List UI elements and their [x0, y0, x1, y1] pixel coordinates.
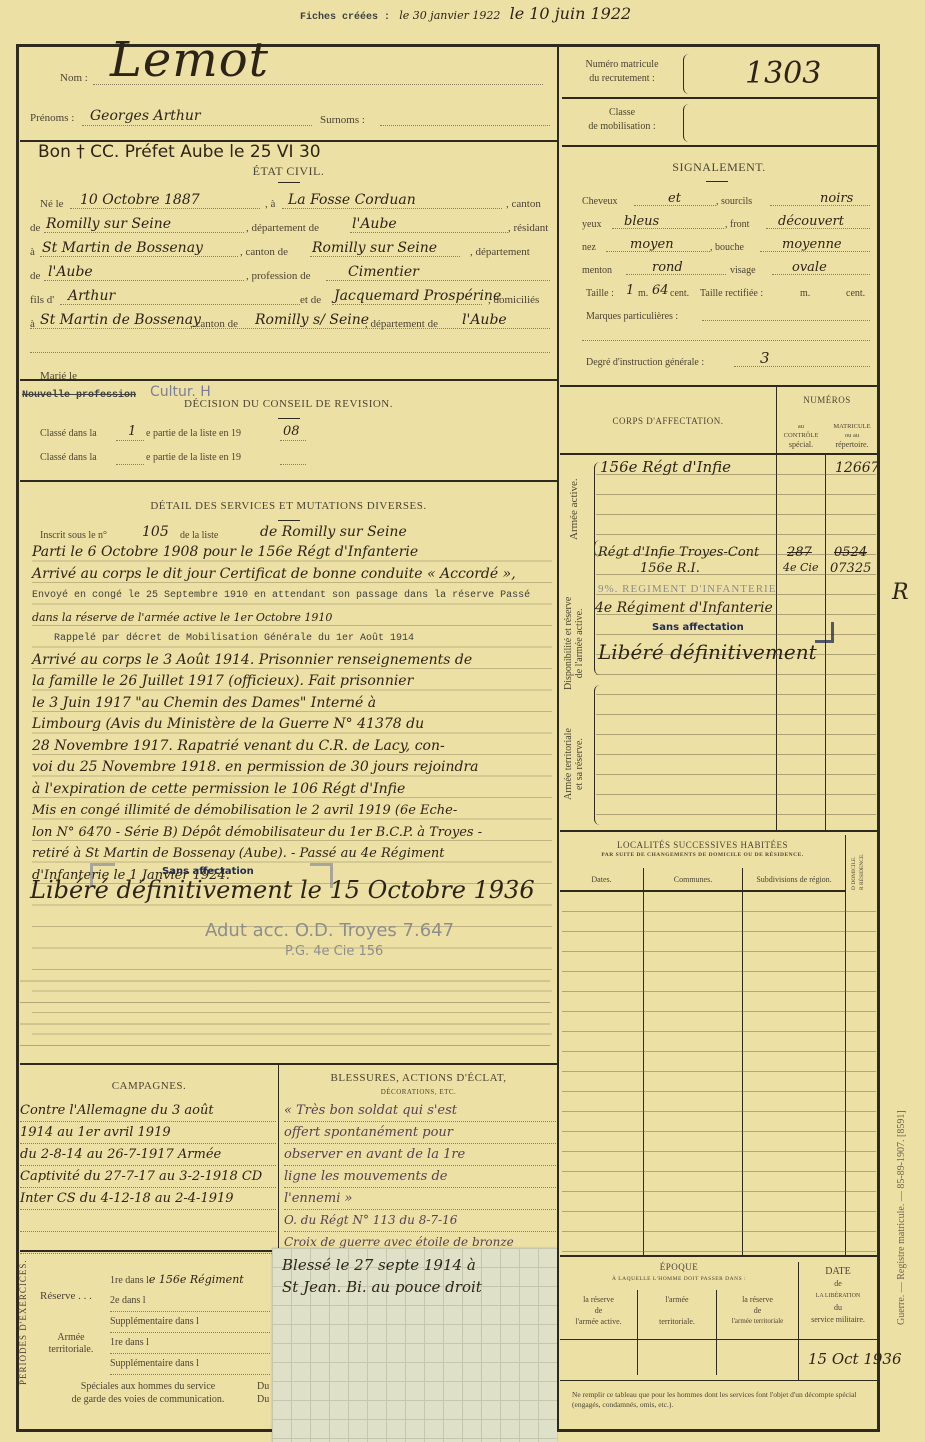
- attached-note-text: Blessé le 27 septe 1914 à St Jean. Bi. a…: [282, 1254, 482, 1298]
- blessures-list: « Très bon soldat qui s'est offert spont…: [284, 1100, 556, 1254]
- localites-title: LOCALITÉS SUCCESSIVES HABITÉES: [560, 840, 845, 850]
- divider: [20, 1250, 278, 1252]
- numeros-title: NUMÉROS: [777, 395, 877, 405]
- col-matricule-3: répertoire.: [826, 440, 878, 449]
- margin-imprint: Guerre. — Registre matricule. — 85-89-19…: [896, 1110, 907, 1325]
- disponibilite-matricule-2: 07325: [830, 561, 871, 576]
- periodes-side-label: PÉRIODES D'EXERCICES.: [18, 1259, 28, 1385]
- service-line: retiré à St Martin de Bossenay (Aube). -…: [32, 843, 552, 865]
- de2-label: de: [30, 264, 40, 288]
- epoque-note: Ne remplir ce tableau que pour les homme…: [572, 1390, 872, 1410]
- ruled-lines: [20, 960, 550, 1050]
- territoriale-label-1: Armée territoriale: [563, 728, 574, 800]
- marques-row-2: [582, 328, 877, 351]
- du-2: Du: [257, 1393, 269, 1406]
- disponibilite-label: Disponibilité et réserve de l'armée acti…: [563, 597, 585, 690]
- blessure-line: offert spontanément pour: [284, 1122, 556, 1144]
- departement-value: l'Aube: [352, 212, 397, 236]
- col-text: l'armée territoriale: [717, 1316, 798, 1327]
- date-liberation-header: DATE de LA LIBÉRATION du service militai…: [799, 1266, 877, 1326]
- title-rule: [278, 520, 300, 521]
- service-line: Arrivé au corps le 3 Août 1914. Prisonni…: [32, 650, 552, 672]
- service-line: à l'expiration de cette permission le 10…: [32, 779, 552, 801]
- front-value: découvert: [778, 210, 844, 233]
- fiches-creees-annotation: Fiches créées : le 30 janvier 1922 le 10…: [300, 4, 631, 23]
- service-line: le 3 Juin 1917 "au Chemin des Dames" Int…: [32, 693, 552, 715]
- localites-subtitle: PAR SUITE DE CHANGEMENTS DE DOMICILE OU …: [560, 852, 845, 858]
- residant-a-label: à: [30, 240, 35, 264]
- fiches-date-1: le 30 janvier 1922: [399, 9, 500, 22]
- signalement-title: SIGNALEMENT.: [560, 160, 878, 175]
- row-value: e 156e Régiment: [149, 1273, 244, 1286]
- classe-label: Classé dans la: [40, 452, 97, 463]
- row-label: Supplémentaire dans l: [110, 1358, 199, 1369]
- taille-rectifiee-label: Taille rectifiée :: [700, 282, 763, 305]
- campagne-line: 1914 au 1er avril 1919: [20, 1122, 276, 1144]
- dotline: [734, 366, 870, 367]
- dom-a-label: à: [30, 312, 35, 336]
- col-text: l'armée: [638, 1294, 716, 1305]
- surnoms-line: [380, 125, 550, 126]
- disponibilite-corps-6: Libéré définitivement: [598, 640, 817, 664]
- pencil-note-line-2: P.G. 4e Cie 156: [285, 944, 383, 959]
- armee-territoriale-label: Armée territoriale et sa réserve.: [563, 728, 585, 800]
- divider: [20, 480, 557, 482]
- reserve-row-3: Supplémentaire dans l: [110, 1312, 270, 1333]
- blessure-line: « Très bon soldat qui s'est: [284, 1100, 556, 1122]
- campagne-line: du 2-8-14 au 26-7-1917 Armée: [20, 1144, 276, 1166]
- ruled-lines: [562, 892, 876, 1252]
- col-matricule-header: MATRICULE ou au répertoire.: [826, 422, 878, 449]
- divider: [560, 1255, 878, 1257]
- divider: [20, 379, 557, 381]
- col-residence: R RÉSIDENCE.: [858, 853, 866, 890]
- armee-active-label: Armée active.: [568, 478, 580, 540]
- blessure-line: O. du Régt N° 113 du 8-7-16: [284, 1210, 556, 1232]
- yeux-value: bleus: [624, 210, 659, 233]
- decision-rows: Classé dans la 1 e partie de la liste en…: [40, 428, 540, 476]
- disponibilite-controle-2: 4e Cie: [783, 561, 818, 574]
- dotline: [280, 440, 306, 441]
- dotline: [582, 340, 870, 341]
- reserve-label: Réserve . . .: [40, 1290, 92, 1302]
- partie-value: 1: [128, 424, 136, 439]
- services-text: Parti le 6 Octobre 1908 pour le 156e Rég…: [32, 542, 552, 886]
- epoque-col-reserve-territoriale: la réserve de l'armée territoriale: [717, 1294, 798, 1327]
- pere-value: Arthur: [68, 284, 115, 308]
- column-divider: [557, 46, 559, 1432]
- profession-value: Cimentier: [348, 260, 419, 284]
- taille-row: Taille : 1 m. 64 cent. Taille rectifiée …: [582, 282, 877, 305]
- canton2-value: Romilly sur Seine: [312, 236, 437, 260]
- dom-dept-label: , département de: [365, 312, 438, 336]
- nom-value: Lemot: [110, 32, 269, 88]
- taille-rect-cent-label: cent.: [846, 282, 865, 305]
- divider: [562, 145, 877, 147]
- campagnes-title: CAMPAGNES.: [20, 1080, 278, 1092]
- disponibilite-corps-1: Régt d'Infie Troyes-Cont: [598, 545, 759, 560]
- etat-civil-body: Né le 10 Octobre 1887 , à La Fosse Cordu…: [30, 192, 550, 404]
- blessures-subtitle: DÉCORATIONS, ETC.: [280, 1088, 557, 1096]
- classe-mobilisation-label: Classe de mobilisation :: [562, 106, 682, 134]
- service-line: lon N° 6470 - Série B) Dépôt démobilisat…: [32, 822, 552, 844]
- disponibilite-corps-3: 9%. REGIMENT D'INFANTERIE: [598, 583, 776, 595]
- matricule-label: Numéro matricule du recrutement :: [562, 58, 682, 86]
- canton-value: Romilly sur Seine: [46, 212, 171, 236]
- blank-line: [20, 1210, 276, 1232]
- divider: [560, 1380, 878, 1381]
- date-title: LA LIBÉRATION: [799, 1290, 877, 1302]
- service-line: voi du 25 Novembre 1918. en permission d…: [32, 757, 552, 779]
- partie-label: e partie de la liste en 19: [146, 452, 241, 463]
- epoque-col-reserve-active: la réserve de l'armée active.: [560, 1294, 637, 1327]
- service-line: la famille le 26 Juillet 1917 (officieux…: [32, 671, 552, 693]
- disponibilite-corps-2: 156e R.I.: [640, 561, 700, 576]
- service-line: Rappelé par décret de Mobilisation Génér…: [32, 628, 552, 650]
- taille-cent-label: cent.: [670, 282, 689, 305]
- nez-label: nez: [582, 236, 596, 259]
- domicile-row: à St Martin de Bossenay , canton de Romi…: [30, 312, 550, 336]
- col-communes: Communes.: [644, 875, 742, 884]
- de-label: de: [30, 216, 40, 240]
- col-controle-3: spécial.: [777, 440, 825, 449]
- row-label: 2e dans l: [110, 1295, 146, 1306]
- service-line: Arrivé au corps le dit jour Certificat d…: [32, 564, 552, 586]
- dotline: [280, 464, 306, 465]
- territoriale-label: Armée territoriale.: [40, 1332, 102, 1356]
- col-dates: Dates.: [560, 875, 643, 884]
- col-text: la réserve: [560, 1294, 637, 1305]
- matricule-label-1: Numéro matricule: [562, 58, 682, 72]
- ne-le-value: 10 Octobre 1887: [80, 188, 200, 212]
- brace: [683, 104, 690, 142]
- residant-value: St Martin de Bossenay: [42, 236, 203, 260]
- disponibilite-controle-1: 287: [787, 545, 812, 560]
- du-labels: Du Du: [257, 1380, 269, 1406]
- service-line: Parti le 6 Octobre 1908 pour le 156e Rég…: [32, 542, 552, 564]
- blank-row: [30, 336, 550, 360]
- domicile-residence-header: D DOMICILE. R RÉSIDENCE.: [850, 853, 866, 890]
- decision-row-2: Classé dans la e partie de la liste en 1…: [40, 452, 540, 476]
- row-label: 1re dans l: [110, 1337, 149, 1348]
- divider: [20, 1063, 557, 1065]
- service-line: Envoyé en congé le 25 Septembre 1910 en …: [32, 585, 552, 607]
- residant-label: , résidant: [508, 216, 548, 240]
- profession-label: , profession de: [246, 264, 310, 288]
- disponibilite-corps-4: 4e Régiment d'Infanterie: [595, 600, 773, 616]
- mere-value: Jacquemard Prospérine: [334, 284, 501, 308]
- taille-rect-m-label: m.: [800, 282, 810, 305]
- pencil-note-line-1: Adut acc. O.D. Troyes 7.647: [205, 920, 454, 941]
- col-controle-2: CONTRÔLE: [777, 431, 825, 440]
- col-subdivisions: Subdivisions de région.: [743, 875, 845, 884]
- reserve-row-1: 1re dans le 156e Régiment: [110, 1270, 270, 1291]
- divider: [278, 1065, 279, 1250]
- disponibilite-stamp-sans-affectation: Sans affectation: [652, 622, 744, 633]
- dotline: [30, 328, 550, 329]
- blessure-line: observer en avant de la 1re: [284, 1144, 556, 1166]
- col-text: de: [717, 1305, 798, 1316]
- blessure-line: l'ennemi »: [284, 1188, 556, 1210]
- inscrit-numero: 105: [142, 524, 169, 540]
- dotline: [30, 352, 550, 353]
- attached-grid-note: Blessé le 27 septe 1914 à St Jean. Bi. a…: [272, 1248, 557, 1442]
- libere-definitivement-line: Libéré définitivement le 15 Octobre 1936: [30, 876, 535, 904]
- degre-label: Degré d'instruction générale :: [586, 351, 704, 374]
- divider: [560, 1339, 878, 1340]
- col-text: de: [560, 1305, 637, 1316]
- taille-m-label: m.: [638, 282, 648, 305]
- fiches-label: Fiches créées :: [300, 12, 390, 23]
- decision-title: DÉCISION DU CONSEIL DE REVISION.: [20, 398, 557, 410]
- service-line: Limbourg (Avis du Ministère de la Guerre…: [32, 714, 552, 736]
- prenoms-row: Prénoms : Georges Arthur Surnoms :: [20, 108, 550, 130]
- service-line: dans la réserve de l'armée active le 1er…: [32, 607, 552, 629]
- campagnes-list: Contre l'Allemagne du 3 août 1914 au 1er…: [20, 1100, 276, 1254]
- menton-value: rond: [652, 256, 683, 279]
- dom-canton-label: , canton de: [190, 312, 238, 336]
- campagne-line: Captivité du 27-7-17 au 3-2-1918 CD: [20, 1166, 276, 1188]
- degre-value: 3: [760, 347, 770, 370]
- divider: [562, 97, 877, 99]
- front-label: , front: [725, 213, 749, 236]
- decision-row-1: Classé dans la 1 e partie de la liste en…: [40, 428, 540, 452]
- territoriale-label-1: Armée: [40, 1332, 102, 1344]
- etat-civil-title: ÉTAT CIVIL.: [20, 164, 557, 179]
- handwritten-bon-annotation: Bon † CC. Préfet Aube le 25 VI 30: [38, 142, 321, 162]
- title-rule: [278, 418, 300, 419]
- sourcils-value: noirs: [820, 187, 853, 210]
- classe-label-1: Classe: [562, 106, 682, 120]
- annee-value: 08: [283, 424, 300, 439]
- territoriale-row-2: Supplémentaire dans l: [110, 1354, 270, 1375]
- corps-affectation-title: CORPS D'AFFECTATION.: [560, 416, 776, 426]
- col-matricule-1: MATRICULE: [826, 422, 878, 431]
- territoriale-row-1: 1re dans l: [110, 1333, 270, 1354]
- col-controle-1: au: [777, 422, 825, 431]
- detail-services-title: DÉTAIL DES SERVICES ET MUTATIONS DIVERSE…: [20, 500, 557, 512]
- divider: [560, 830, 878, 832]
- row-label: 1re dans l: [110, 1275, 149, 1286]
- campagne-line: Contre l'Allemagne du 3 août: [20, 1100, 276, 1122]
- fiches-date-2: le 10 juin 1922: [510, 4, 632, 23]
- prenoms-label: Prénoms :: [30, 112, 74, 124]
- taille-m-value: 1: [626, 279, 634, 302]
- matricule-label-2: du recrutement :: [562, 72, 682, 86]
- marques-label: Marques particulières :: [586, 305, 678, 328]
- armee-active-matricule: 12667: [835, 460, 880, 476]
- title-rule: [278, 182, 300, 183]
- visage-label: visage: [730, 259, 756, 282]
- taille-cent-value: 64: [652, 279, 669, 302]
- degre-row: Degré d'instruction générale : 3: [582, 351, 877, 374]
- departement2-value: l'Aube: [48, 260, 93, 284]
- speciales-line-2: de garde des voies de communication.: [38, 1393, 258, 1406]
- classe-label: Classé dans la: [40, 428, 97, 439]
- col-text: la réserve: [717, 1294, 798, 1305]
- epoque-title: ÉPOQUE: [560, 1262, 798, 1272]
- date-title: du: [799, 1302, 877, 1314]
- departement-label: , département de: [246, 216, 319, 240]
- epoque-col-territoriale: l'armée territoriale.: [638, 1294, 716, 1327]
- nez-row: nez moyen , bouche moyenne: [582, 236, 877, 259]
- signalement-body: Cheveux et , sourcils noirs yeux bleus ,…: [582, 190, 877, 374]
- prenoms-line: [82, 125, 312, 126]
- residence-row: à St Martin de Bossenay , canton de Romi…: [30, 240, 550, 264]
- brace: [683, 54, 690, 94]
- col-text: territoriale.: [638, 1316, 716, 1327]
- margin-mark: R: [892, 580, 909, 605]
- dotline: [702, 320, 870, 321]
- prenoms-value: Georges Arthur: [90, 108, 201, 124]
- taille-label: Taille :: [586, 282, 614, 305]
- disponibilite-label-2: de l'armée active.: [574, 597, 585, 690]
- col-controle-header: au CONTRÔLE spécial.: [777, 422, 825, 449]
- bouche-value: moyenne: [782, 233, 842, 256]
- cheveux-label: Cheveux: [582, 190, 618, 213]
- date-liberation-value: 15 Oct 1936: [808, 1350, 902, 1368]
- divider: [560, 385, 878, 387]
- service-line: 28 Novembre 1917. Rapatrié venant du C.R…: [32, 736, 552, 758]
- disponibilite-label-1: Disponibilité et réserve: [563, 597, 574, 690]
- attached-note-line-2: St Jean. Bi. au pouce droit: [282, 1276, 482, 1298]
- date-title: de: [799, 1278, 877, 1290]
- blessure-line: ligne les mouvements de: [284, 1166, 556, 1188]
- stamp-bracket: [815, 622, 834, 643]
- partie-label: e partie de la liste en 19: [146, 428, 241, 439]
- classe-label-2: de mobilisation :: [562, 120, 682, 134]
- surnoms-label: Surnoms :: [320, 114, 365, 126]
- yeux-label: yeux: [582, 213, 601, 236]
- campagne-line: Inter CS du 4-12-18 au 2-4-1919: [20, 1188, 276, 1210]
- title-rule: [706, 181, 728, 182]
- liste-value: de Romilly sur Seine: [260, 524, 407, 540]
- dotline: [116, 440, 144, 441]
- brace: [594, 685, 601, 825]
- marques-row: Marques particulières :: [582, 305, 877, 328]
- cheveux-value: et: [668, 187, 681, 210]
- service-line: Mis en congé illimité de démobilisation …: [32, 800, 552, 822]
- reserve-rows: 1re dans le 156e Régiment 2e dans l Supp…: [110, 1270, 270, 1375]
- speciales-label: Spéciales aux hommes du service de garde…: [38, 1380, 258, 1406]
- menton-label: menton: [582, 259, 612, 282]
- nom-label: Nom :: [60, 72, 88, 84]
- du-1: Du: [257, 1380, 269, 1393]
- reserve-row-2: 2e dans l: [110, 1291, 270, 1312]
- col-text: l'armée active.: [560, 1316, 637, 1327]
- territoriale-label-2: territoriale.: [40, 1344, 102, 1356]
- departement2-label: , département: [470, 240, 530, 264]
- territoriale-label-2: et sa réserve.: [574, 728, 585, 800]
- bouche-label: , bouche: [710, 236, 744, 259]
- date-title: DATE: [799, 1266, 877, 1278]
- epoque-subtitle: À LAQUELLE L'HOMME DOIT PASSER DANS :: [560, 1276, 798, 1282]
- a-label: , à: [265, 192, 275, 216]
- armee-active-corps: 156e Régt d'Infie: [600, 458, 731, 476]
- dotline: [116, 464, 144, 465]
- lieu-naissance-value: La Fosse Corduan: [288, 188, 416, 212]
- canton2-label: , canton de: [240, 240, 288, 264]
- row-label: Supplémentaire dans l: [110, 1316, 199, 1327]
- visage-value: ovale: [792, 256, 827, 279]
- matricule-value: 1303: [745, 56, 821, 91]
- date-title: service militaire.: [799, 1314, 877, 1326]
- canton-label: , canton: [506, 192, 541, 216]
- blessures-title: BLESSURES, ACTIONS D'ÉCLAT,: [280, 1072, 557, 1084]
- sourcils-label: , sourcils: [716, 190, 752, 213]
- speciales-line-1: Spéciales aux hommes du service: [38, 1380, 258, 1393]
- nom-row: Nom : Lemot: [55, 40, 545, 92]
- col-domicile: D DOMICILE.: [850, 853, 858, 890]
- col-matricule-2: ou au: [826, 431, 878, 440]
- nez-value: moyen: [630, 233, 674, 256]
- attached-note-line-1: Blessé le 27 septe 1914 à: [282, 1254, 482, 1276]
- disponibilite-matricule-1: 0524: [834, 545, 867, 560]
